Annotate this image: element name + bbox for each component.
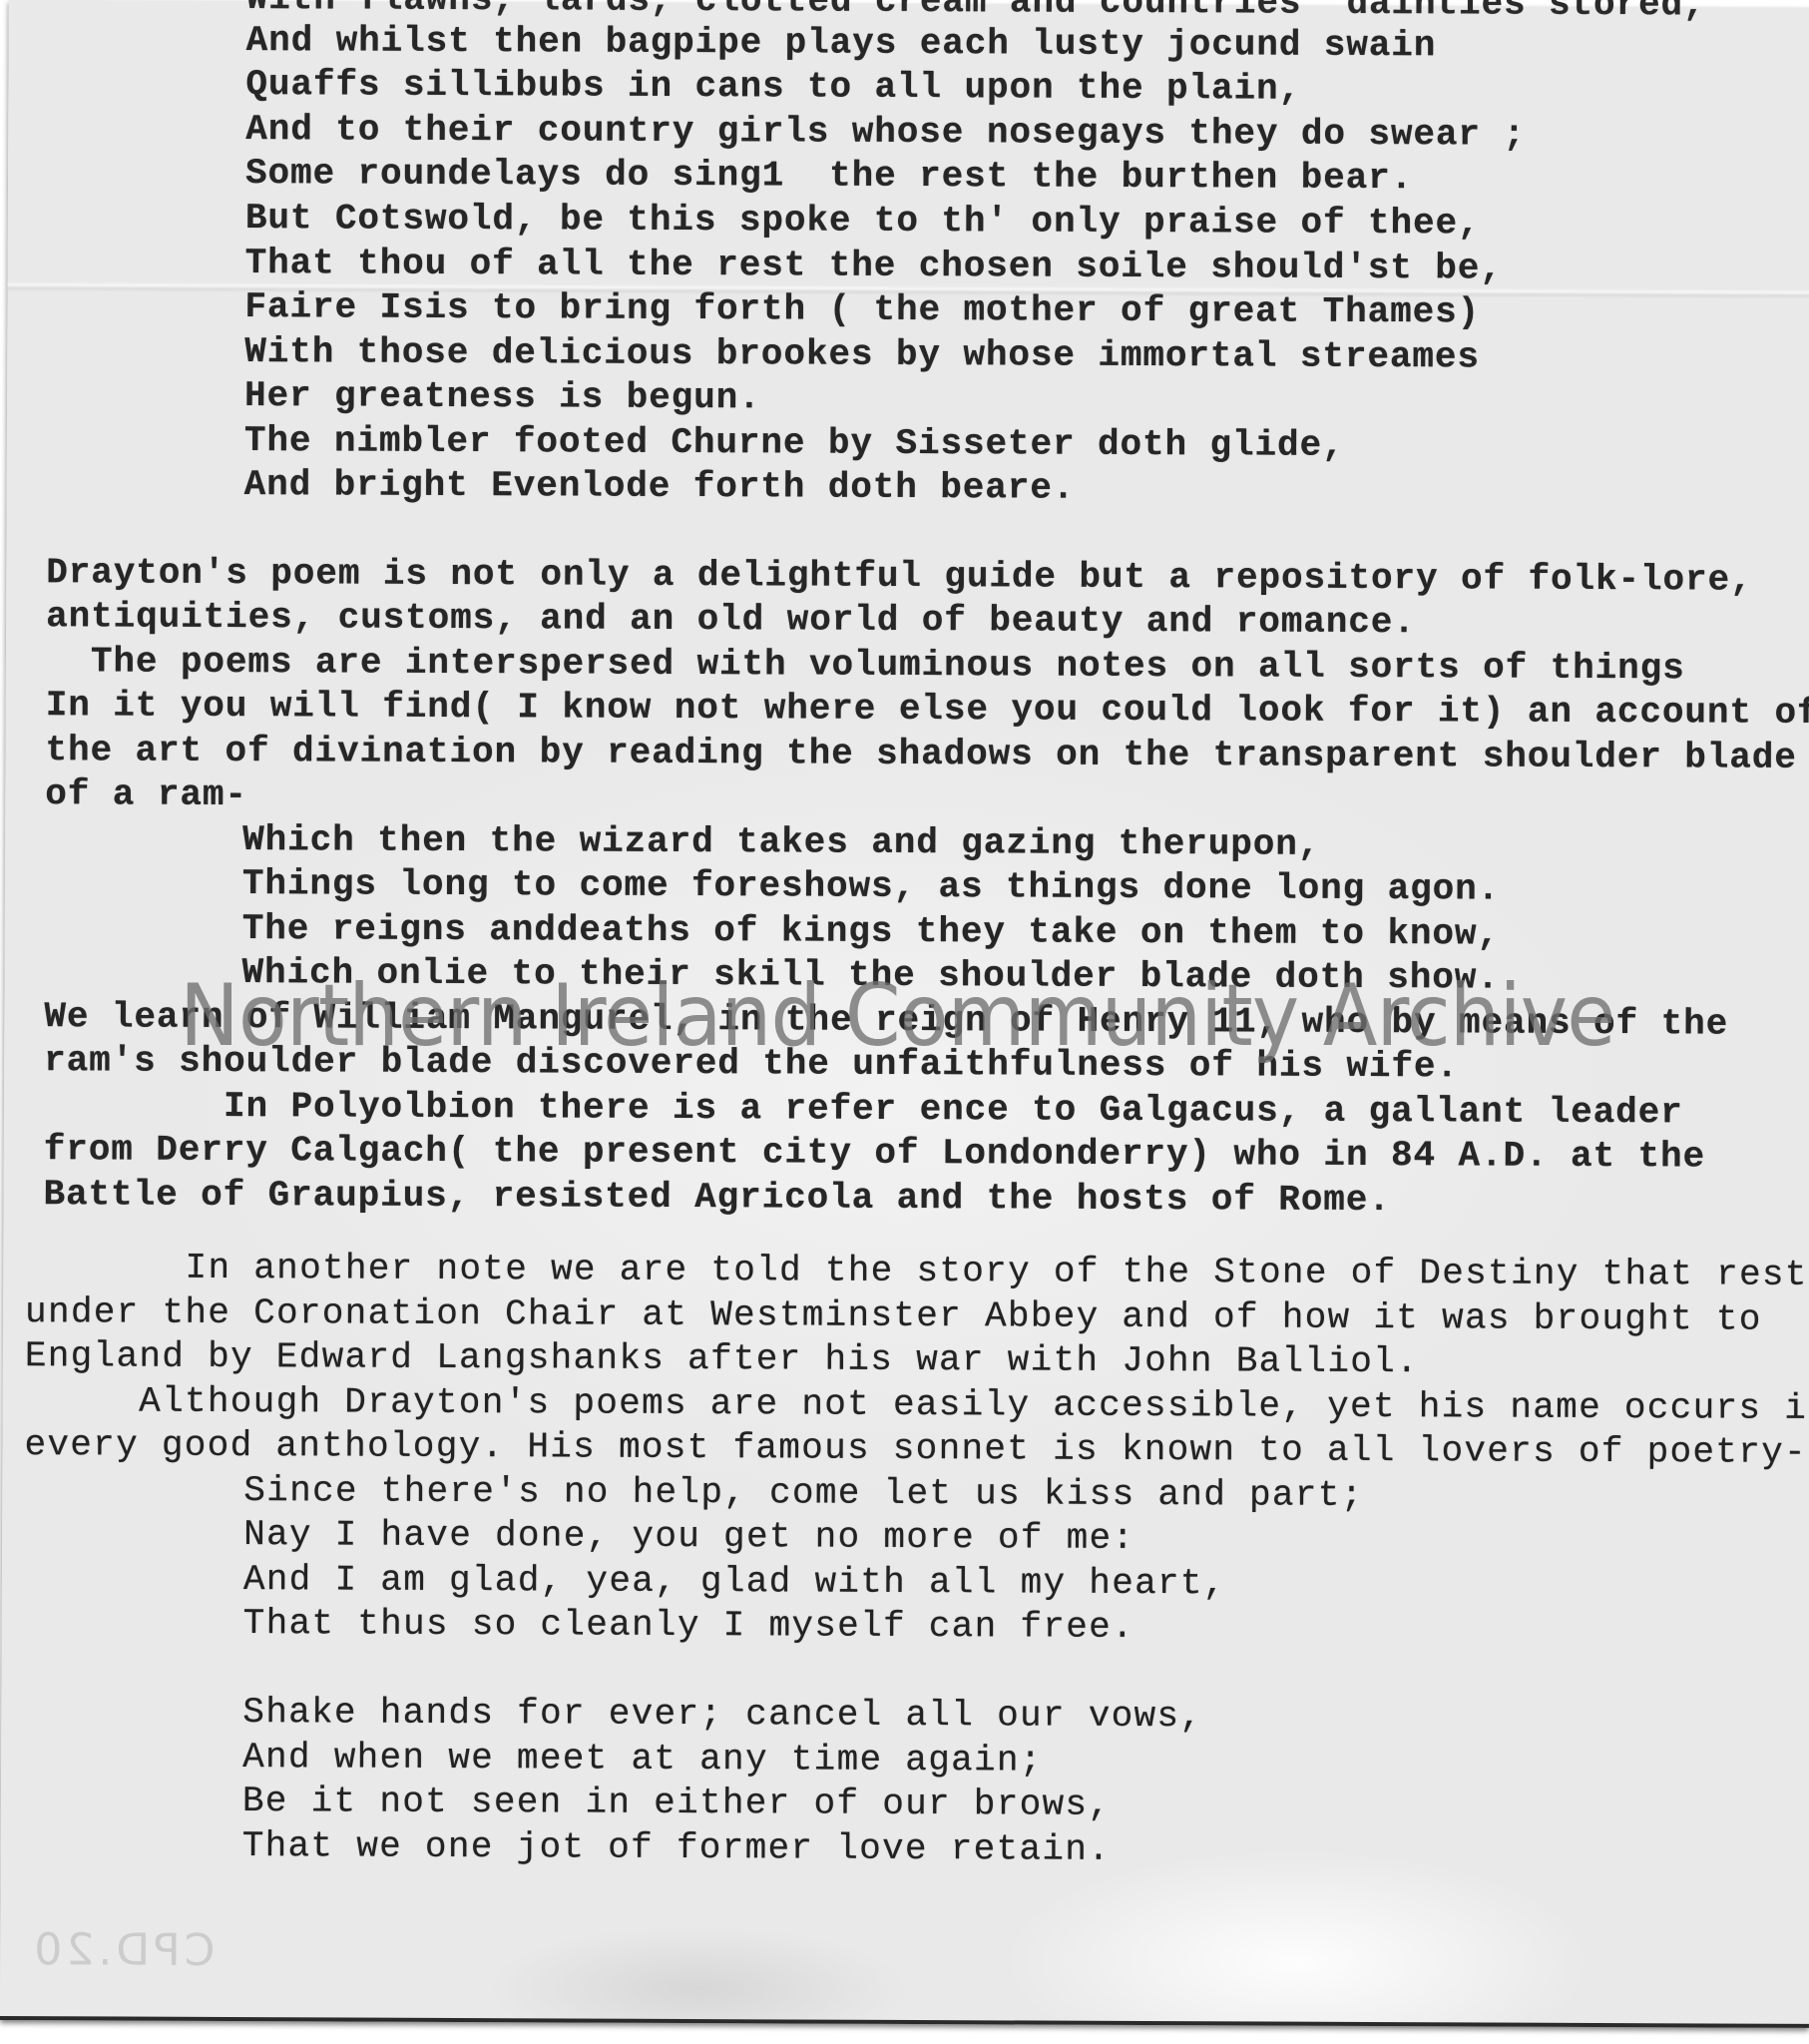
prose-line: In it you will find( I know not where el… xyxy=(46,686,1809,734)
sonnet-line: That we one jot of former love retain. xyxy=(242,1826,1112,1870)
upper-section: With flawns, lards, clotted cream and co… xyxy=(9,0,1809,8)
sonnet-line: Be it not seen in either of our brows, xyxy=(242,1782,1112,1825)
poem-line: And to their country girls whose nosegay… xyxy=(245,110,1526,156)
sonnet-line: Since there's no help, come let us kiss … xyxy=(243,1471,1363,1516)
poem-line: Her greatness is begun. xyxy=(244,376,761,418)
poem-line: But Cotswold, be this spoke to th' only … xyxy=(245,199,1481,244)
poem-line: Some roundelays do sing1 the rest the bu… xyxy=(245,154,1413,199)
prose-line: under the Coronation Chair at Westminste… xyxy=(25,1292,1762,1340)
poem-line: And bright Evenlode forth doth beare. xyxy=(244,465,1076,509)
prose-line: In another note we are told the story of… xyxy=(25,1248,1809,1295)
prose-line: antiquities, customs, and an old world o… xyxy=(46,597,1416,643)
sonnet-line: Shake hands for ever; cancel all our vow… xyxy=(242,1693,1202,1737)
archive-watermark: Northern Ireland Community Archive xyxy=(180,966,1614,1066)
prose-line: every good anthology. His most famous so… xyxy=(24,1425,1807,1473)
poem-line: That thou of all the rest the chosen soi… xyxy=(245,244,1503,288)
sonnet-line: And when we meet at any time again; xyxy=(242,1738,1043,1781)
prose-line: The poems are interspersed with volumino… xyxy=(46,642,1685,689)
poem-line: With those delicious brookes by whose im… xyxy=(244,332,1480,377)
prose-line: Battle of Graupius, resisted Agricola an… xyxy=(44,1175,1391,1221)
poem-line: And whilst then bagpipe plays each lusty… xyxy=(246,21,1437,66)
sonnet-line: And I am glad, yea, glad with all my hea… xyxy=(243,1560,1226,1604)
prose-line: Although Drayton's poems are not easily … xyxy=(25,1381,1809,1429)
poem-line: Quaffs sillibubs in cans to all upon the… xyxy=(245,65,1301,110)
sonnet-line: That thus so cleanly I myself can free. xyxy=(243,1604,1134,1648)
prose-line: Drayton's poem is not only a delightful … xyxy=(46,553,1752,600)
prose-line: from Derry Calgach( the present city of … xyxy=(44,1130,1705,1177)
poem-line: The nimbler footed Churne by Sisseter do… xyxy=(244,421,1345,466)
prose-line: England by Edward Langshanks after his w… xyxy=(25,1336,1419,1382)
poem-line: Things long to come foreshows, as things… xyxy=(242,864,1500,909)
poem-line: Faire Isis to bring forth ( the mother o… xyxy=(244,287,1480,332)
bleed-through-mark: CPD.20 xyxy=(30,1924,215,1976)
prose-line: the art of divination by reading the sha… xyxy=(45,731,1796,778)
prose-line: In Polyolbion there is a refer ence to G… xyxy=(44,1086,1683,1133)
prose-line: of a ram- xyxy=(45,774,247,815)
poem-line: The reigns anddeaths of kings they take … xyxy=(242,909,1500,954)
poem-line: Which then the wizard takes and gazing t… xyxy=(242,820,1320,865)
sonnet-line: Nay I have done, you get no more of me: xyxy=(243,1515,1134,1559)
